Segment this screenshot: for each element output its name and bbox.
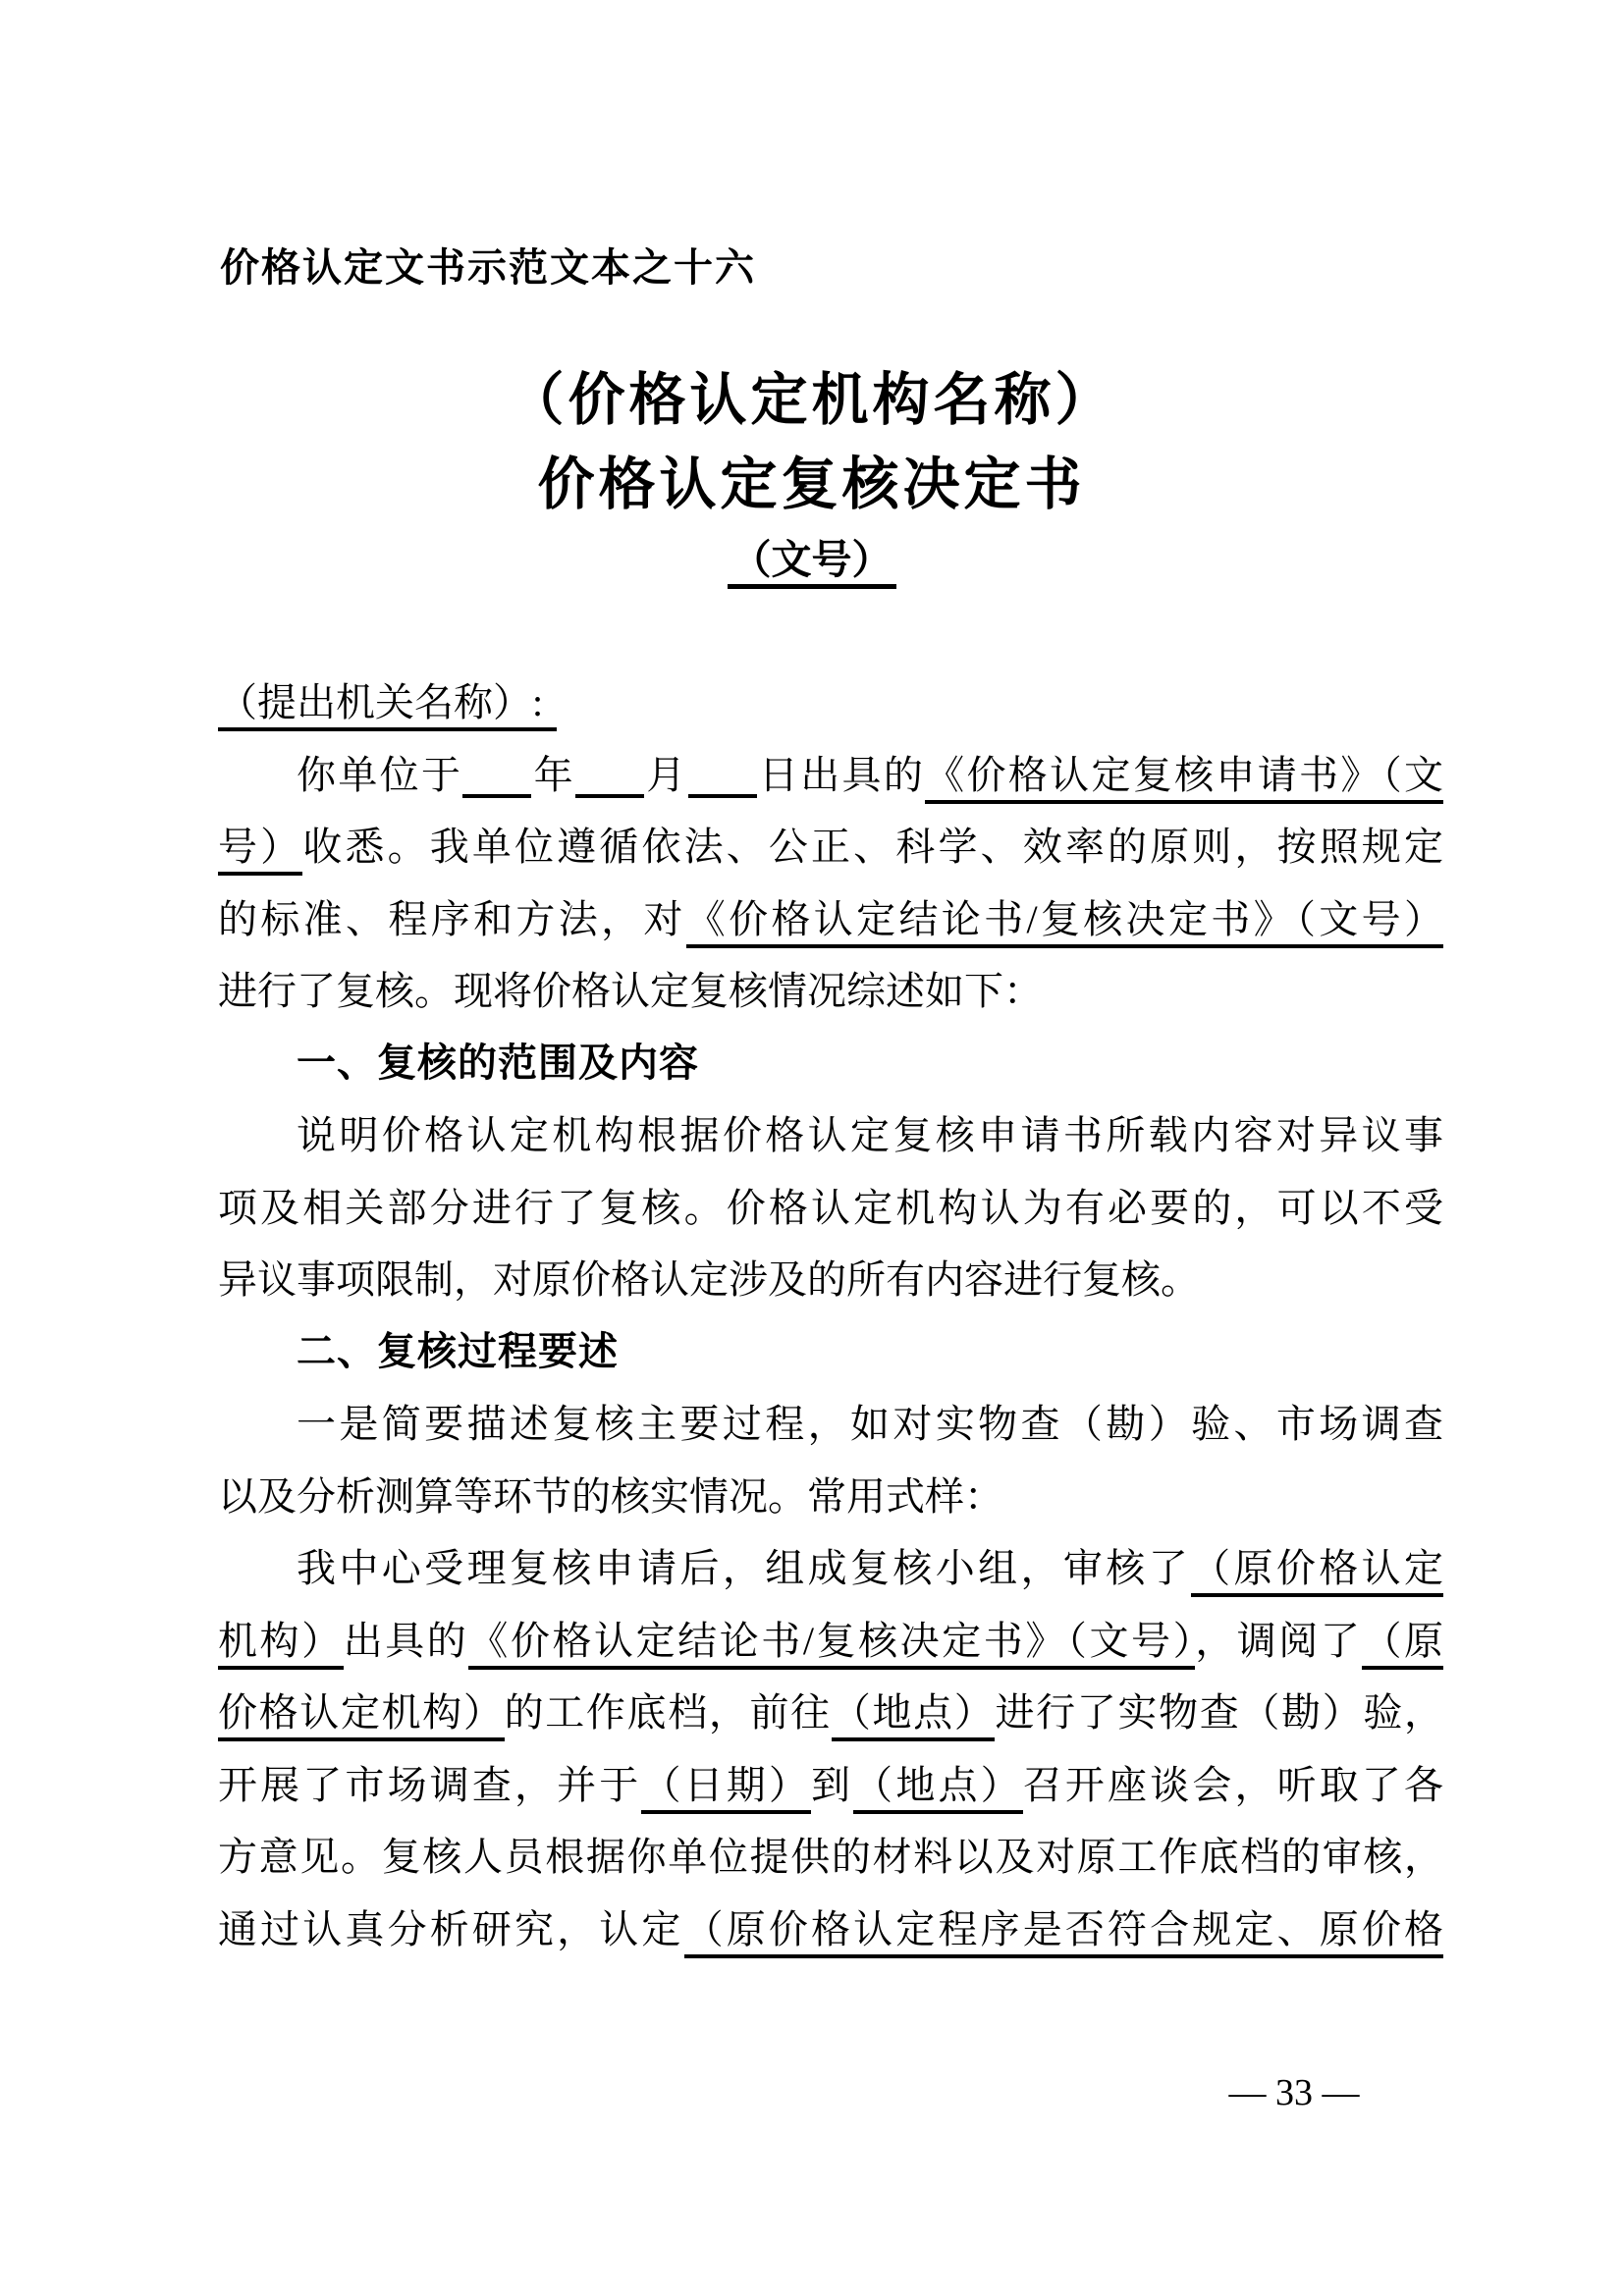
body-line: 异议事项限制，对原价格认定涉及的所有内容进行复核。 [218,1244,1443,1316]
underlined-text: 《价格认定结论书/复核决定书》（文号） [468,1619,1195,1670]
text-run: 进行了实物查（勘）验， [995,1690,1443,1735]
underlined-text: 价格认定机构） [218,1690,505,1741]
document-page: 价格认定文书示范文本之十六 （价格认定机构名称） 价格认定复核决定书 （文号） … [0,0,1623,2296]
body-line: （提出机关名称）: [218,667,1443,739]
text-run: 进行了复核。现将价格认定复核情况综述如下： [218,969,1043,1013]
text-run: 召开座谈会，听取了各 [1023,1763,1443,1807]
blank-fill-in-underline [575,794,644,798]
body-line: 号）收悉。我单位遵循依法、公正、科学、效率的原则，按照规定 [218,811,1443,883]
text-run: 的工作底档，前往 [505,1690,832,1735]
body-line: 进行了复核。现将价格认定复核情况综述如下： [218,955,1443,1028]
text-run: 出具的 [344,1619,469,1663]
text-run: 以及分析测算等环节的核实情况。常用式样： [218,1474,1003,1519]
text-run: 月 [644,753,688,797]
text-run: 日出具的 [757,753,926,797]
body-line: 方意见。复核人员根据你单位提供的材料以及对原工作底档的审核， [218,1821,1443,1894]
body-line: 一是简要描述复核主要过程，如对实物查（勘）验、市场调查 [218,1388,1443,1461]
blank-fill-in-underline [462,794,531,798]
page-number: — 33 — [1196,2071,1392,2114]
underlined-text: （日期） [641,1763,811,1814]
text-run: 二、复核过程要述 [297,1330,619,1373]
text-run: 开展了市场调查，并于 [218,1763,641,1807]
text-run: 你单位于 [297,753,462,797]
text-run: 我中心受理复核申请后，组成复核小组，审核了 [297,1546,1191,1590]
text-run: 一、复核的范围及内容 [297,1041,699,1085]
title-org-name: （价格认定机构名称） [0,353,1623,436]
body-line: 通过认真分析研究，认定（原价格认定程序是否符合规定、原价格 [218,1894,1443,1966]
document-series-header: 价格认定文书示范文本之十六 [220,237,756,293]
title-doc-number: （文号） [0,527,1623,585]
underlined-text: （原价格认定 [1191,1546,1443,1597]
text-run: 一是简要描述复核主要过程，如对实物查（勘）验、市场调查 [297,1402,1443,1446]
underlined-text: （地点） [853,1763,1023,1814]
doc-number-underlined: （文号） [728,537,896,589]
text-run: 项及相关部分进行了复核。价格认定机构认为有必要的，可以不受 [218,1186,1443,1230]
underlined-text: 《价格认定结论书/复核决定书》（文号） [686,897,1443,948]
text-run: ，调阅了 [1195,1619,1362,1663]
body-line: 的标准、程序和方法，对《价格认定结论书/复核决定书》（文号） [218,883,1443,956]
text-run: 收悉。我单位遵循依法、公正、科学、效率的原则，按照规定 [302,825,1443,869]
body-line: 你单位于年月日出具的《价格认定复核申请书》（文 [218,739,1443,812]
underlined-text: 号） [218,825,302,876]
body-line: 项及相关部分进行了复核。价格认定机构认为有必要的，可以不受 [218,1172,1443,1245]
text-run: 通过认真分析研究，认定 [218,1907,684,1951]
section-heading: 二、复核过程要述 [218,1316,1443,1389]
document-body: （提出机关名称）:你单位于年月日出具的《价格认定复核申请书》（文号）收悉。我单位… [218,667,1443,1965]
title-document-name: 价格认定复核决定书 [0,438,1623,520]
underlined-text: （提出机关名称）: [218,680,557,731]
body-line: 说明价格认定机构根据价格认定复核申请书所载内容对异议事 [218,1099,1443,1172]
underlined-text: （原价格认定程序是否符合规定、原价格 [684,1907,1443,1958]
text-run: 的标准、程序和方法，对 [218,897,686,941]
body-line: 价格认定机构）的工作底档，前往（地点）进行了实物查（勘）验， [218,1677,1443,1749]
body-line: 开展了市场调查，并于（日期）到（地点）召开座谈会，听取了各 [218,1749,1443,1822]
body-line: 以及分析测算等环节的核实情况。常用式样： [218,1461,1443,1533]
text-run: 到 [811,1763,853,1807]
underlined-text: （地点） [832,1690,996,1741]
text-run: 异议事项限制，对原价格认定涉及的所有内容进行复核。 [218,1257,1200,1302]
underlined-text: （原 [1362,1619,1443,1670]
text-run: 说明价格认定机构根据价格认定复核申请书所载内容对异议事 [297,1113,1443,1157]
underlined-text: 机构） [218,1619,344,1670]
text-run: 年 [531,753,575,797]
body-line: 我中心受理复核申请后，组成复核小组，审核了（原价格认定 [218,1532,1443,1605]
blank-fill-in-underline [688,794,757,798]
underlined-text: 《价格认定复核申请书》（文 [925,753,1443,804]
body-line: 机构）出具的《价格认定结论书/复核决定书》（文号），调阅了（原 [218,1605,1443,1678]
text-run: 方意见。复核人员根据你单位提供的材料以及对原工作底档的审核， [218,1835,1443,1879]
section-heading: 一、复核的范围及内容 [218,1028,1443,1100]
